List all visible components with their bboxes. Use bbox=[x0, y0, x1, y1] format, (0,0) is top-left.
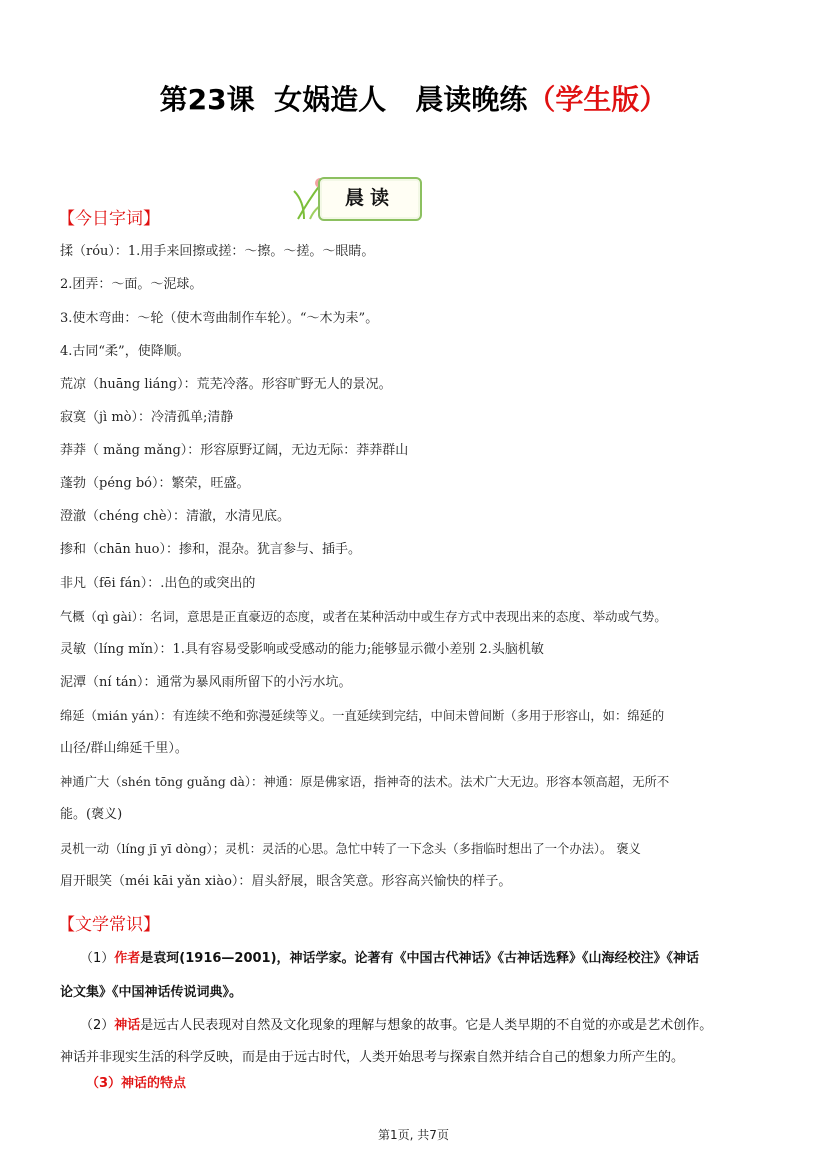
literature-item-3: （3）神话的特点 bbox=[86, 1076, 806, 1092]
edition-label: （学生版） bbox=[527, 83, 667, 116]
vocab-line: 能。(褒义) bbox=[60, 807, 122, 823]
vocab-line: 澄澈（chéng chè）：清澈，水清见底。 bbox=[60, 509, 290, 525]
lesson-number: 第23课 bbox=[160, 83, 255, 116]
document-title: 第23课 女娲造人 晨读晚练（学生版） bbox=[0, 78, 827, 118]
vocab-line: 气概（qì gài）：名词，意思是正直豪迈的态度，或者在某种活动中或生存方式中表… bbox=[60, 609, 667, 625]
literature-item-2: （2）神话是远古人民表现对自然及文化现象的理解与想象的故事。它是人类早期的不自觉… bbox=[80, 1018, 800, 1034]
morning-reading-banner: 晨读 bbox=[290, 171, 425, 221]
vocab-line: 3.使木弯曲：～轮（使木弯曲制作车轮）。“～木为耒”。 bbox=[60, 311, 378, 327]
literature-item-1-cont: 论文集》《中国神话传说词典》。 bbox=[60, 985, 780, 1001]
lesson-topic: 女娲造人 bbox=[274, 83, 386, 116]
vocab-line: 眉开眼笑（méi kāi yǎn xiào）：眉头舒展，眼含笑意。形容高兴愉快的… bbox=[60, 874, 511, 890]
vocab-line: 非凡（fēi fán）：.出色的或突出的 bbox=[60, 576, 255, 592]
vocab-line: 掺和（chān huo）：掺和，混杂。犹言参与、插手。 bbox=[60, 542, 361, 558]
vocab-line: 绵延（mián yán）：有连续不绝和弥漫延续等义。一直延续到完结，中间未曾间断… bbox=[60, 708, 664, 724]
vocab-line: 荒凉（huāng liáng）：荒芜冷落。形容旷野无人的景况。 bbox=[60, 377, 392, 393]
vocab-line: 揉（róu）：1.用手来回擦或搓：～擦。～搓。～眼睛。 bbox=[60, 244, 374, 260]
item-text: 是远古人民表现对自然及文化现象的理解与想象的故事。它是人类早期的不自觉的亦或是艺… bbox=[140, 1018, 712, 1033]
item-text: 是袁珂(1916—2001)，神话学家。论著有《中国古代神话》《古神话选释》《山… bbox=[140, 951, 699, 966]
section-heading-vocab: 【今日字词】 bbox=[58, 204, 160, 229]
series-name: 晨读晚练 bbox=[415, 83, 527, 116]
vocab-line: 灵敏（líng mǐn）：1.具有容易受影响或受感动的能力;能够显示微小差别 2… bbox=[60, 642, 544, 658]
vocab-line: 灵机一动（líng jī yī dòng）；灵机：灵活的心思。急忙中转了一下念头… bbox=[60, 841, 641, 857]
page-footer: 第1页, 共7页 bbox=[0, 1126, 827, 1143]
vocab-line: 莽莽（ mǎng mǎng）：形容原野辽阔，无边无际：莽莽群山 bbox=[60, 443, 408, 459]
literature-item-2-cont: 神话并非现实生活的科学反映，而是由于远古时代，人类开始思考与探索自然并结合自己的… bbox=[60, 1050, 780, 1066]
vocab-line: 寂寞（jì mò）：冷清孤单;清静 bbox=[60, 410, 233, 426]
literature-item-1: （1）作者是袁珂(1916—2001)，神话学家。论著有《中国古代神话》《古神话… bbox=[80, 951, 800, 967]
vocab-line: 神通广大（shén tōng guǎng dà）：神通：原是佛家语，指神奇的法术… bbox=[60, 774, 669, 790]
vocab-line: 蓬勃（péng bó）：繁荣，旺盛。 bbox=[60, 476, 250, 492]
item-number: （1） bbox=[80, 951, 114, 966]
banner-label: 晨读 bbox=[318, 183, 422, 210]
item-keyword: 作者 bbox=[114, 951, 140, 966]
vocab-line: 4.古同“柔”，使降顺。 bbox=[60, 344, 190, 360]
vocab-line: 2.团弄：～面。～泥球。 bbox=[60, 277, 202, 293]
vocab-line: 山径/群山绵延千里）。 bbox=[60, 741, 188, 757]
item-number: （2） bbox=[80, 1018, 114, 1033]
item-keyword: 神话 bbox=[114, 1018, 140, 1033]
section-heading-literature: 【文学常识】 bbox=[58, 910, 160, 935]
vocab-line: 泥潭（ní tán）：通常为暴风雨所留下的小污水坑。 bbox=[60, 675, 352, 691]
